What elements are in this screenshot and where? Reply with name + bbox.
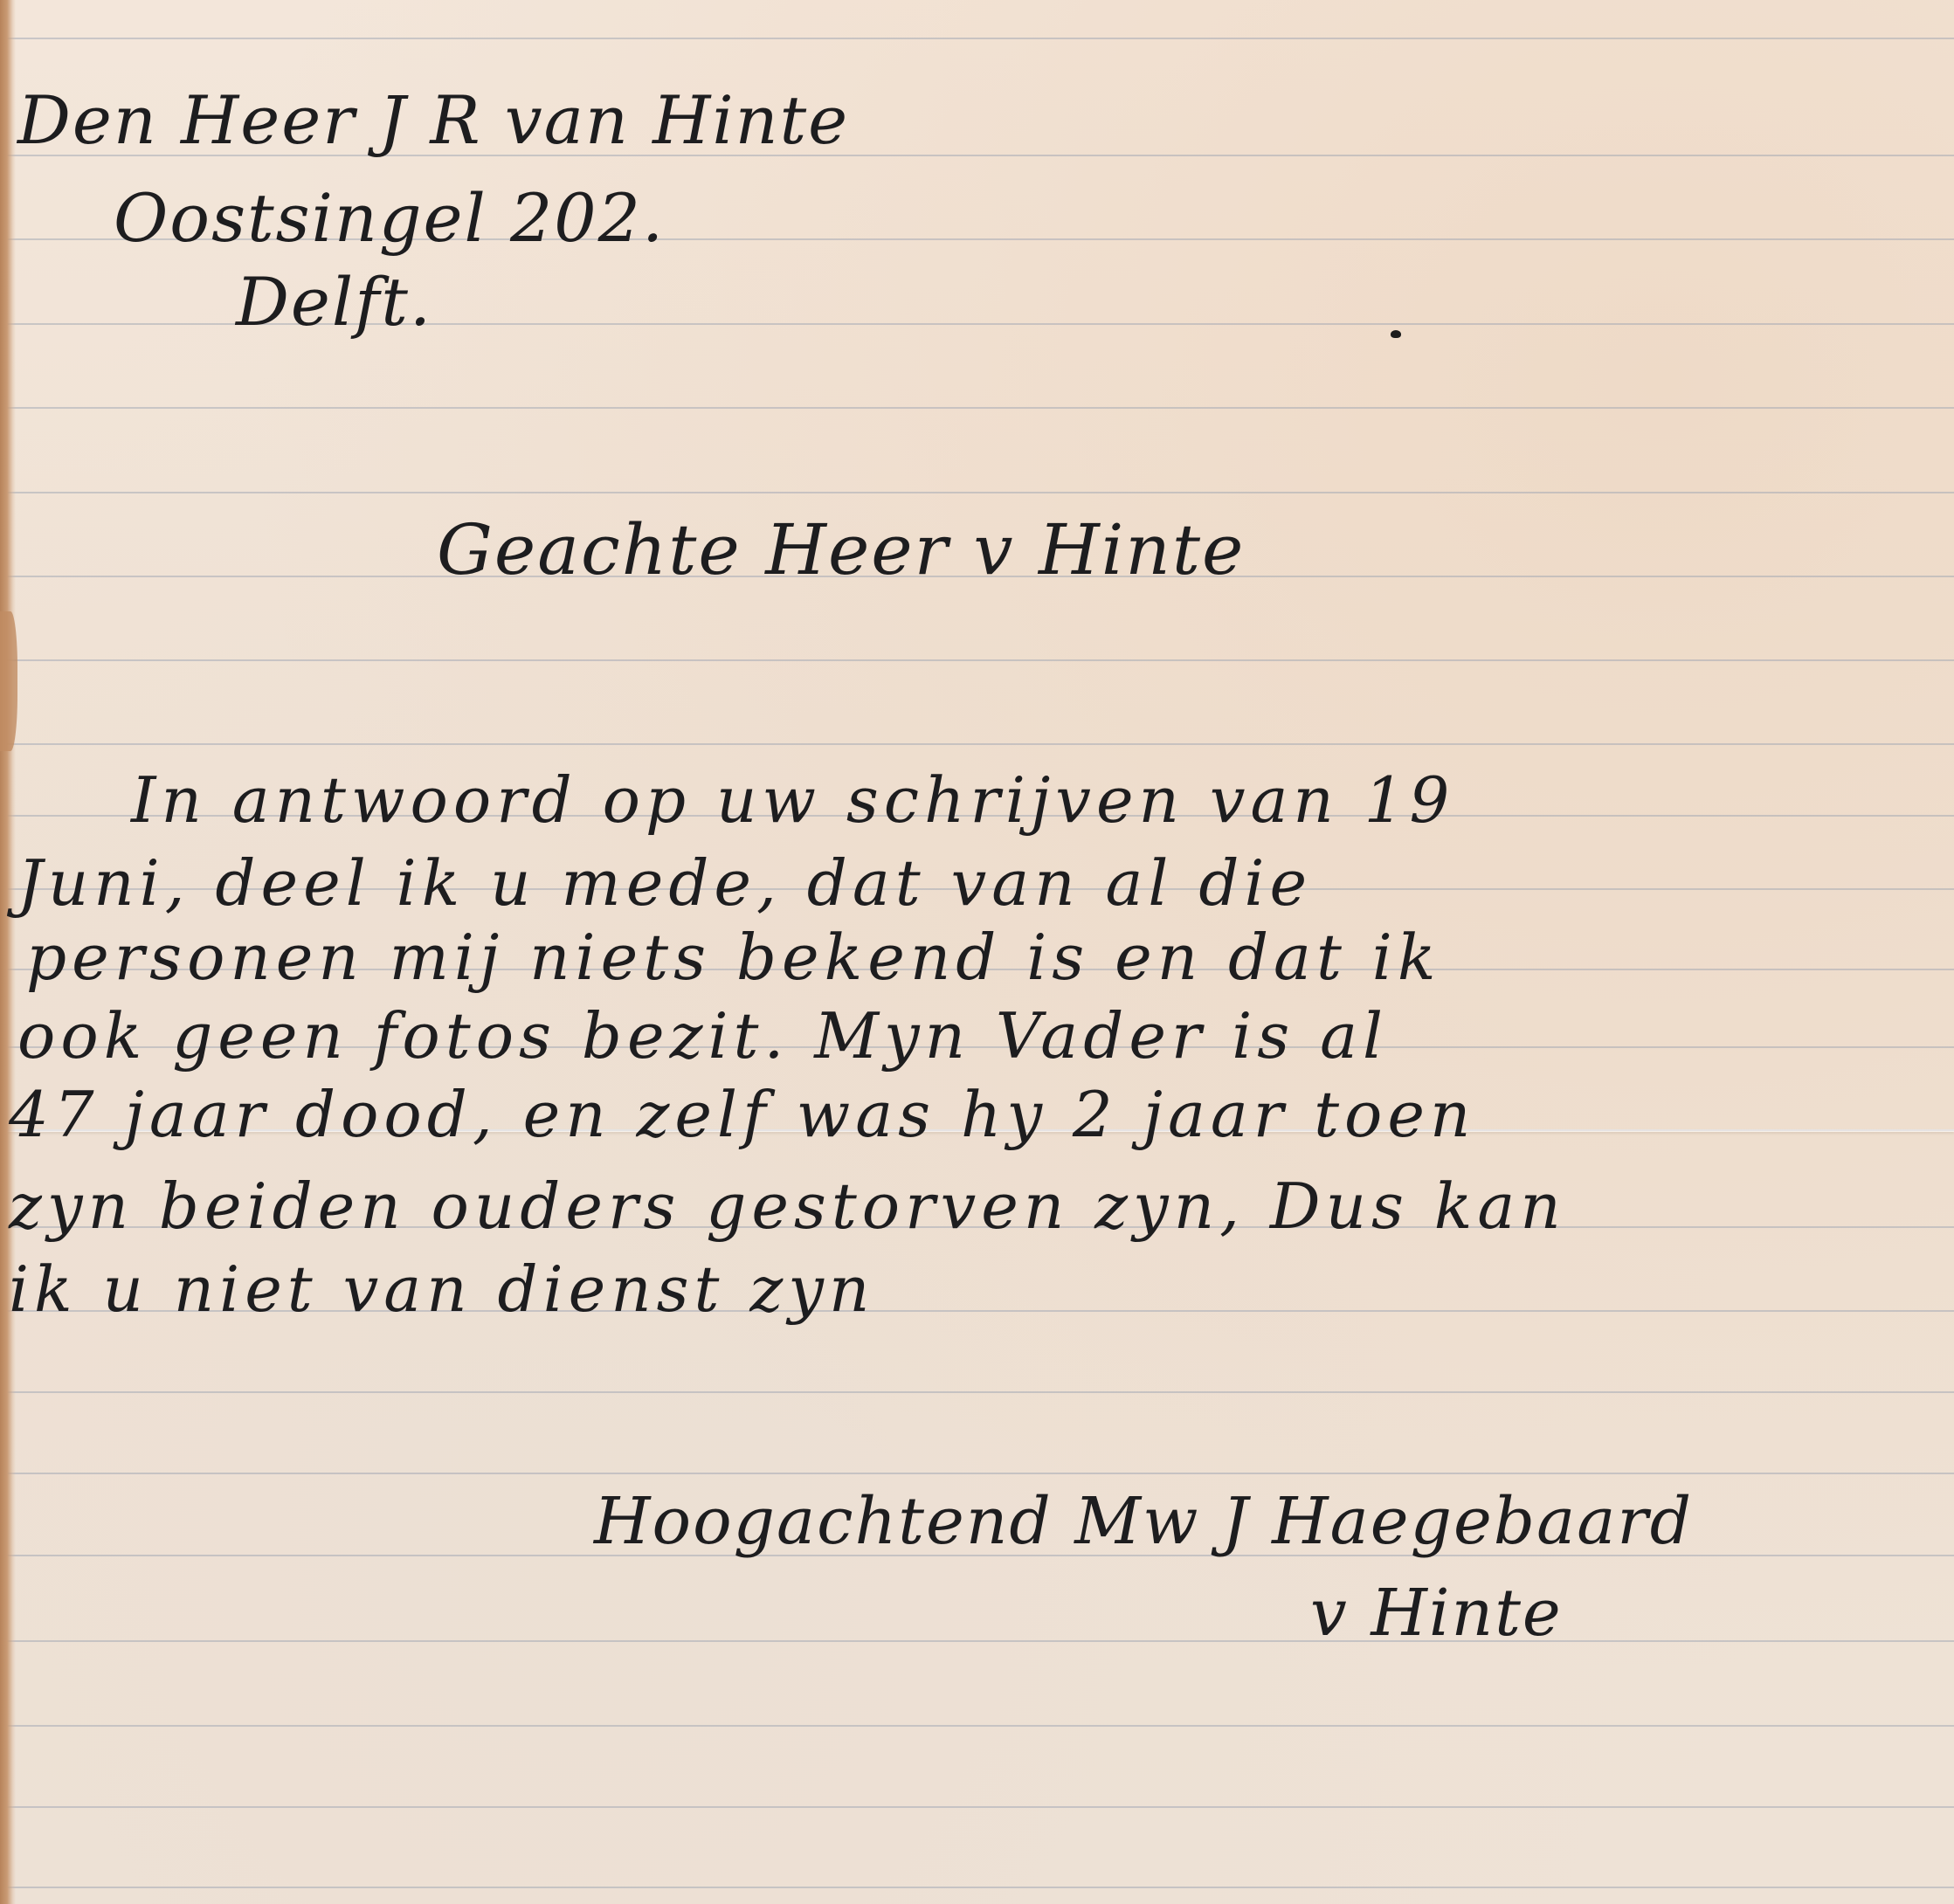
body-line: ook geen fotos bezit. Myn Vader is al bbox=[17, 1004, 1388, 1067]
body-line: ik u niet van dienst zyn bbox=[9, 1258, 874, 1321]
ruled-line bbox=[0, 1640, 1954, 1642]
body-line: 47 jaar dood, en zelf was hy 2 jaar toen bbox=[9, 1083, 1475, 1146]
letter-paper: Den Heer J R van Hinte Oostsingel 202. D… bbox=[0, 0, 1954, 1904]
ruled-line bbox=[0, 38, 1954, 39]
edge-stain-blob bbox=[0, 611, 17, 751]
ruled-line bbox=[0, 659, 1954, 661]
ruled-line bbox=[0, 1725, 1954, 1727]
closing-signature-surname: v Hinte bbox=[1310, 1581, 1563, 1645]
body-line: Juni, deel ik u mede, dat van al die bbox=[17, 852, 1312, 914]
edge-stain bbox=[0, 0, 16, 1904]
closing-signature: Hoogachtend Mw J Haegebaard bbox=[594, 1489, 1693, 1554]
ruled-line bbox=[0, 1887, 1954, 1888]
body-line: personen mij niets bekend is en dat ik bbox=[26, 926, 1440, 989]
address-line-recipient: Den Heer J R van Hinte bbox=[17, 87, 849, 154]
ruled-line bbox=[0, 492, 1954, 493]
ruled-line bbox=[0, 407, 1954, 409]
address-line-street: Oostsingel 202. bbox=[114, 185, 665, 252]
ink-dot bbox=[1391, 330, 1401, 338]
body-line: In antwoord op uw schrijven van 19 bbox=[131, 769, 1454, 831]
ruled-line bbox=[0, 1806, 1954, 1808]
salutation: Geachte Heer v Hinte bbox=[437, 515, 1245, 585]
ruled-line bbox=[0, 1391, 1954, 1393]
ruled-line bbox=[0, 1473, 1954, 1474]
ruled-line bbox=[0, 743, 1954, 745]
address-line-city: Delft. bbox=[236, 269, 432, 335]
body-line: zyn beiden ouders gestorven zyn, Dus kan bbox=[9, 1175, 1566, 1238]
